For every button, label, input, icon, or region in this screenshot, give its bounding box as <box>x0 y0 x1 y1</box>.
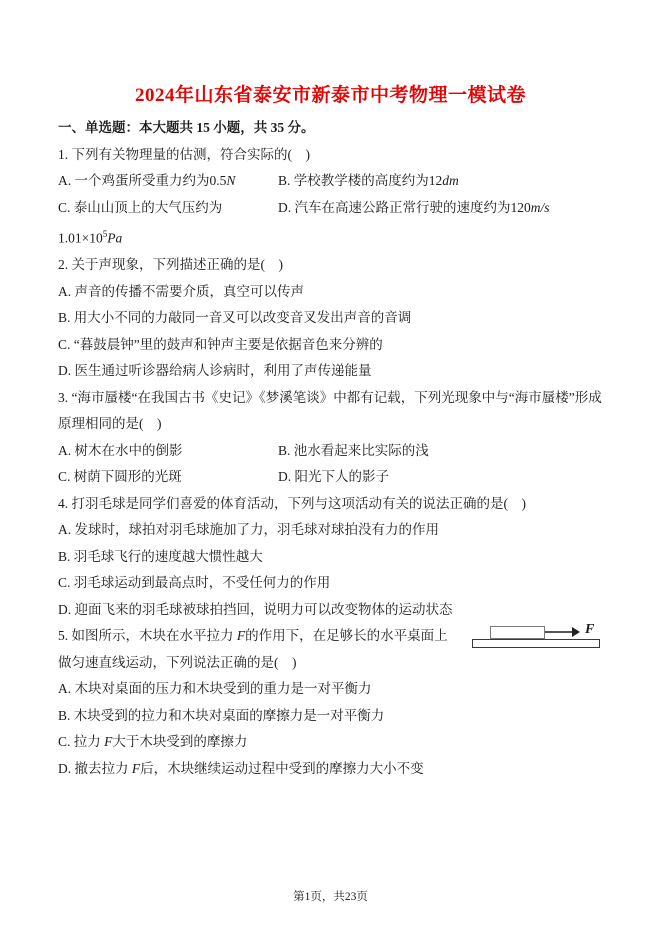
section-score-count: 35 <box>271 120 285 135</box>
q5-option-d: D. 撤去拉力 F后，木块继续运动过程中受到的摩擦力大小不变 <box>58 756 603 783</box>
q1-options-cd: C. 泰山山顶上的大气压约为1.01×105Pa D. 汽车在高速公路正常行驶的… <box>58 195 603 253</box>
section-heading-part: 分。 <box>284 120 314 135</box>
q1-option-b: B. 学校教学楼的高度约为12dm <box>278 168 603 195</box>
exam-page: 2024年山东省泰安市新泰市中考物理一模试卷 一、单选题：本大题共 15 小题，… <box>0 0 661 935</box>
q1-option-a: A. 一个鸡蛋所受重力约为0.5N <box>58 168 278 195</box>
q2-option-d: D. 医生通过听诊器给病人诊病时，利用了声传递能量 <box>58 358 603 385</box>
footer-text: 第 <box>293 891 305 903</box>
q1-option-c: C. 泰山山顶上的大气压约为1.01×105Pa <box>58 195 278 253</box>
option-value: 0.5 <box>210 173 227 188</box>
q2-stem: 2. 关于声现象，下列描述正确的是( ) <box>58 252 603 279</box>
force-arrow-head-icon <box>572 627 580 637</box>
q3-options-ab: A. 树木在水中的倒影 B. 池水看起来比实际的浅 <box>58 438 603 465</box>
force-symbol: F <box>132 761 140 776</box>
exam-content: 一、单选题：本大题共 15 小题，共 35 分。 1. 下列有关物理量的估测，符… <box>58 115 603 782</box>
q5-option-b: B. 木块受到的拉力和木块对桌面的摩擦力是一对平衡力 <box>58 703 603 730</box>
option-unit: Pa <box>107 231 122 246</box>
q2-option-b: B. 用大小不同的力敲同一音叉可以改变音叉发出声音的音调 <box>58 305 603 332</box>
option-text: 大于木块受到的摩擦力 <box>112 734 247 749</box>
force-arrow-line <box>545 631 573 633</box>
q3-option-a: A. 树木在水中的倒影 <box>58 438 278 465</box>
option-unit: N <box>226 173 235 188</box>
q4-option-c: C. 羽毛球运动到最高点时，不受任何力的作用 <box>58 570 603 597</box>
section-heading: 一、单选题：本大题共 15 小题，共 35 分。 <box>58 115 603 142</box>
q1-stem: 1. 下列有关物理量的估测，符合实际的( ) <box>58 142 603 169</box>
q2-option-c: C. “暮鼓晨钟”里的鼓声和钟声主要是依据音色来分辨的 <box>58 332 603 359</box>
option-value: 1.01×10 <box>58 231 103 246</box>
q3-stem: 3. “海市蜃楼“在我国古书《史记》《梦溪笔谈》中都有记载，下列光现象中与“海市… <box>58 385 603 438</box>
section-heading-part: 一、单选题：本大题共 <box>58 120 196 135</box>
q5-stem: F 5. 如图所示，木块在水平拉力 F的作用下，在足够长的水平桌面上做匀速直线运… <box>58 623 603 676</box>
option-text: C. 拉力 <box>58 734 104 749</box>
option-unit: m/s <box>531 200 550 215</box>
page-title: 2024年山东省泰安市新泰市中考物理一模试卷 <box>0 0 661 108</box>
q3-option-b: B. 池水看起来比实际的浅 <box>278 438 603 465</box>
q3-option-c: C. 树荫下圆形的光斑 <box>58 464 278 491</box>
force-label: F <box>585 617 594 644</box>
option-text: C. 泰山山顶上的大气压约为 <box>58 200 222 215</box>
wood-block-rect <box>490 626 545 639</box>
option-value: 12 <box>429 173 443 188</box>
q1-options-ab: A. 一个鸡蛋所受重力约为0.5N B. 学校教学楼的高度约为12dm <box>58 168 603 195</box>
footer-text: 页 <box>356 891 368 903</box>
q4-option-b: B. 羽毛球飞行的速度越大惯性越大 <box>58 544 603 571</box>
option-text: D. 汽车在高速公路正常行驶的速度约为 <box>278 200 511 215</box>
q5-figure: F <box>458 619 603 653</box>
section-question-count: 15 <box>196 120 210 135</box>
q4-option-a: A. 发球时，球拍对羽毛球施加了力，羽毛球对球拍没有力的作用 <box>58 517 603 544</box>
option-unit: dm <box>442 173 459 188</box>
footer-text: 页，共 <box>310 891 345 903</box>
q5-option-c: C. 拉力 F大于木块受到的摩擦力 <box>58 729 603 756</box>
q4-stem: 4. 打羽毛球是同学们喜爱的体育活动，下列与这项活动有关的说法正确的是( ) <box>58 491 603 518</box>
page-footer: 第1页，共23页 <box>0 888 661 904</box>
option-text: 后，木块继续运动过程中受到的摩擦力大小不变 <box>140 761 424 776</box>
option-text: B. 学校教学楼的高度约为 <box>278 173 429 188</box>
q5-option-a: A. 木块对桌面的压力和木块受到的重力是一对平衡力 <box>58 676 603 703</box>
section-heading-part: 小题，共 <box>210 120 271 135</box>
stem-text: 5. 如图所示，木块在水平拉力 <box>58 628 237 643</box>
force-symbol: F <box>237 628 245 643</box>
q2-option-a: A. 声音的传播不需要介质，真空可以传声 <box>58 279 603 306</box>
q1-option-d: D. 汽车在高速公路正常行驶的速度约为120m/s <box>278 195 603 253</box>
footer-total-pages: 23 <box>345 891 357 903</box>
q3-option-d: D. 阳光下人的影子 <box>278 464 603 491</box>
table-surface-rect <box>472 639 600 648</box>
option-text: A. 一个鸡蛋所受重力约为 <box>58 173 210 188</box>
option-text: D. 撤去拉力 <box>58 761 132 776</box>
option-value: 120 <box>511 200 531 215</box>
q3-options-cd: C. 树荫下圆形的光斑 D. 阳光下人的影子 <box>58 464 603 491</box>
